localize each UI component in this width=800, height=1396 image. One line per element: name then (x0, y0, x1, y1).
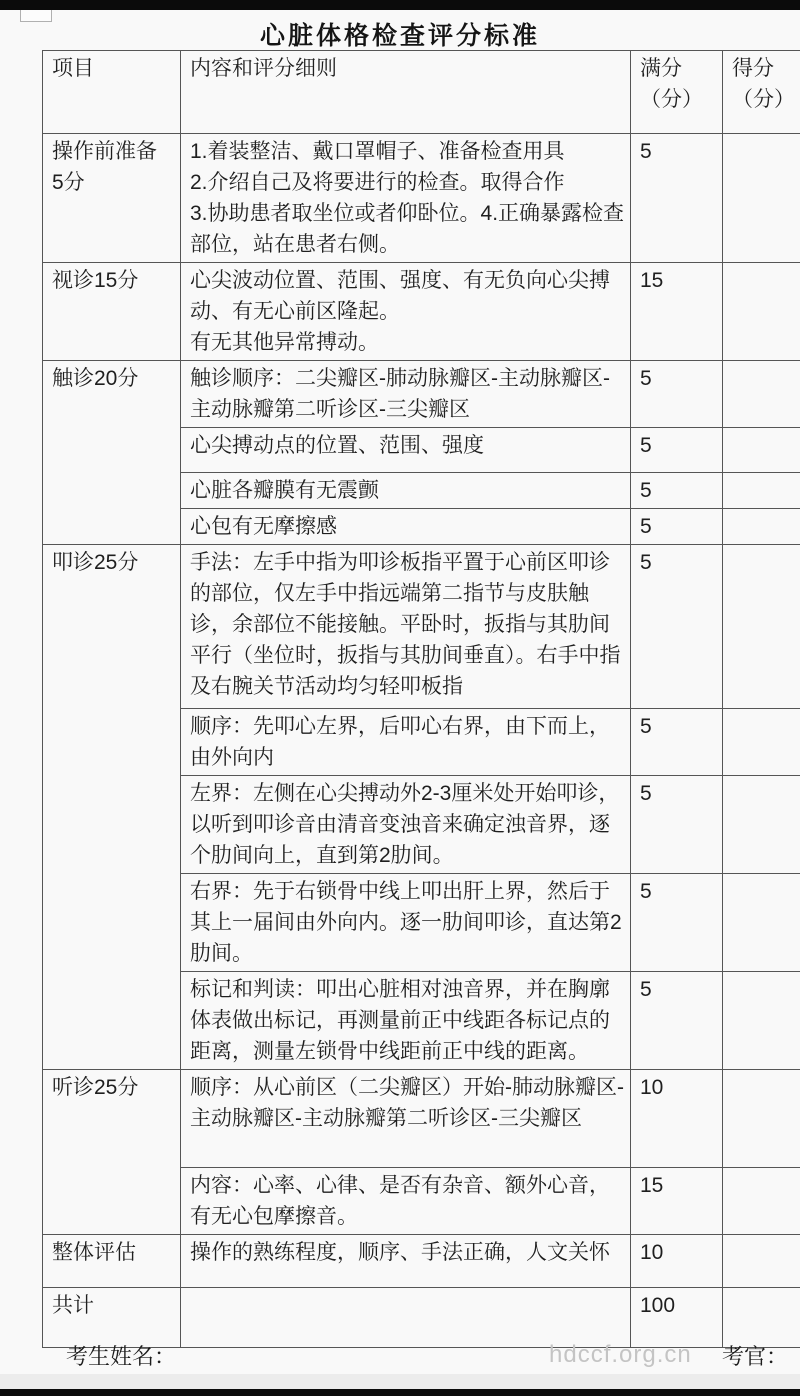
table-row: 触诊20分 触诊顺序：二尖瓣区-肺动脉瓣区-主动脉瓣区-主动脉瓣第二听诊区-三尖… (43, 361, 800, 428)
header-score: 得分 （分） (723, 51, 800, 134)
table-row: 听诊25分 顺序：从心前区（二尖瓣区）开始-肺动脉瓣区-主动脉瓣区-主动脉瓣第二… (43, 1070, 800, 1168)
score-cell (723, 1235, 800, 1288)
scoring-table: 项目 内容和评分细则 满分 （分） 得分 （分） 操作前准备 5分 1.着装整洁… (42, 50, 800, 1348)
item-cell: 整体评估 (43, 1235, 181, 1288)
score-cell (723, 874, 800, 972)
full-score-cell: 5 (631, 361, 723, 428)
table-row: 操作前准备 5分 1.着装整洁、戴口罩帽子、准备检查用具 2.介绍自己及将要进行… (43, 134, 800, 263)
score-cell (723, 134, 800, 263)
score-cell (723, 1168, 800, 1235)
content-cell: 手法：左手中指为叩诊板指平置于心前区叩诊的部位，仅左手中指远端第二指节与皮肤触诊… (181, 545, 631, 709)
content-cell: 顺序：先叩心左界，后叩心右界，由下而上，由外向内 (181, 709, 631, 776)
top-black-bar (0, 0, 800, 10)
document-page: 心脏体格检查评分标准 项目 内容和评分细则 满分 （分） 得分 （分） 操作前准… (0, 0, 800, 1396)
full-score-cell: 5 (631, 473, 723, 509)
full-score-cell: 10 (631, 1235, 723, 1288)
item-cell: 触诊20分 (43, 361, 181, 545)
full-score-cell: 5 (631, 509, 723, 545)
content-cell: 右界：先于右锁骨中线上叩出肝上界，然后于其上一届间由外向内。逐一肋间叩诊，直达第… (181, 874, 631, 972)
table-row: 共计 100 (43, 1288, 800, 1348)
full-score-cell: 5 (631, 874, 723, 972)
score-cell (723, 1288, 800, 1348)
content-cell: 心尖波动位置、范围、强度、有无负向心尖搏动、有无心前区隆起。 有无其他异常搏动。 (181, 263, 631, 361)
table-row: 视诊15分 心尖波动位置、范围、强度、有无负向心尖搏动、有无心前区隆起。 有无其… (43, 263, 800, 361)
header-full-score: 满分 （分） (631, 51, 723, 134)
item-cell: 共计 (43, 1288, 181, 1348)
examiner-label: 考官： (722, 1340, 788, 1371)
content-cell (181, 1288, 631, 1348)
header-content: 内容和评分细则 (181, 51, 631, 134)
content-cell: 心脏各瓣膜有无震颤 (181, 473, 631, 509)
content-cell: 左界：左侧在心尖搏动外2-3厘米处开始叩诊，以听到叩诊音由清音变浊音来确定浊音界… (181, 776, 631, 874)
score-cell (723, 428, 800, 473)
content-cell: 标记和判读：叩出心脏相对浊音界，并在胸廓体表做出标记，再测量前正中线距各标记点的… (181, 972, 631, 1070)
full-score-cell: 5 (631, 709, 723, 776)
table-row: 整体评估 操作的熟练程度，顺序、手法正确，人文关怀 10 (43, 1235, 800, 1288)
table-row: 叩诊25分 手法：左手中指为叩诊板指平置于心前区叩诊的部位，仅左手中指远端第二指… (43, 545, 800, 709)
candidate-name-label: 考生姓名： (66, 1340, 176, 1371)
score-cell (723, 972, 800, 1070)
score-cell (723, 709, 800, 776)
full-score-cell: 5 (631, 134, 723, 263)
score-cell (723, 776, 800, 874)
full-score-cell: 5 (631, 428, 723, 473)
score-cell (723, 1070, 800, 1168)
content-cell: 心尖搏动点的位置、范围、强度 (181, 428, 631, 473)
score-cell (723, 263, 800, 361)
score-cell (723, 545, 800, 709)
item-cell: 视诊15分 (43, 263, 181, 361)
bottom-black-bar (0, 1389, 800, 1396)
full-score-cell: 5 (631, 776, 723, 874)
content-cell: 触诊顺序：二尖瓣区-肺动脉瓣区-主动脉瓣区-主动脉瓣第二听诊区-三尖瓣区 (181, 361, 631, 428)
full-score-cell: 100 (631, 1288, 723, 1348)
content-cell: 1.着装整洁、戴口罩帽子、准备检查用具 2.介绍自己及将要进行的检查。取得合作 … (181, 134, 631, 263)
content-cell: 操作的熟练程度，顺序、手法正确，人文关怀 (181, 1235, 631, 1288)
header-item: 项目 (43, 51, 181, 134)
full-score-cell: 15 (631, 1168, 723, 1235)
item-cell: 操作前准备 5分 (43, 134, 181, 263)
score-cell (723, 509, 800, 545)
table-header-row: 项目 内容和评分细则 满分 （分） 得分 （分） (43, 51, 800, 134)
full-score-cell: 10 (631, 1070, 723, 1168)
full-score-cell: 5 (631, 972, 723, 1070)
bottom-gray-strip (0, 1374, 800, 1389)
content-cell: 内容：心率、心律、是否有杂音、额外心音，有无心包摩擦音。 (181, 1168, 631, 1235)
watermark: hdccf.org.cn (549, 1341, 692, 1369)
score-cell (723, 361, 800, 428)
item-cell: 听诊25分 (43, 1070, 181, 1235)
item-cell: 叩诊25分 (43, 545, 181, 1070)
page-title: 心脏体格检查评分标准 (0, 16, 800, 52)
content-cell: 顺序：从心前区（二尖瓣区）开始-肺动脉瓣区-主动脉瓣区-主动脉瓣第二听诊区-三尖… (181, 1070, 631, 1168)
content-cell: 心包有无摩擦感 (181, 509, 631, 545)
full-score-cell: 5 (631, 545, 723, 709)
full-score-cell: 15 (631, 263, 723, 361)
score-cell (723, 473, 800, 509)
